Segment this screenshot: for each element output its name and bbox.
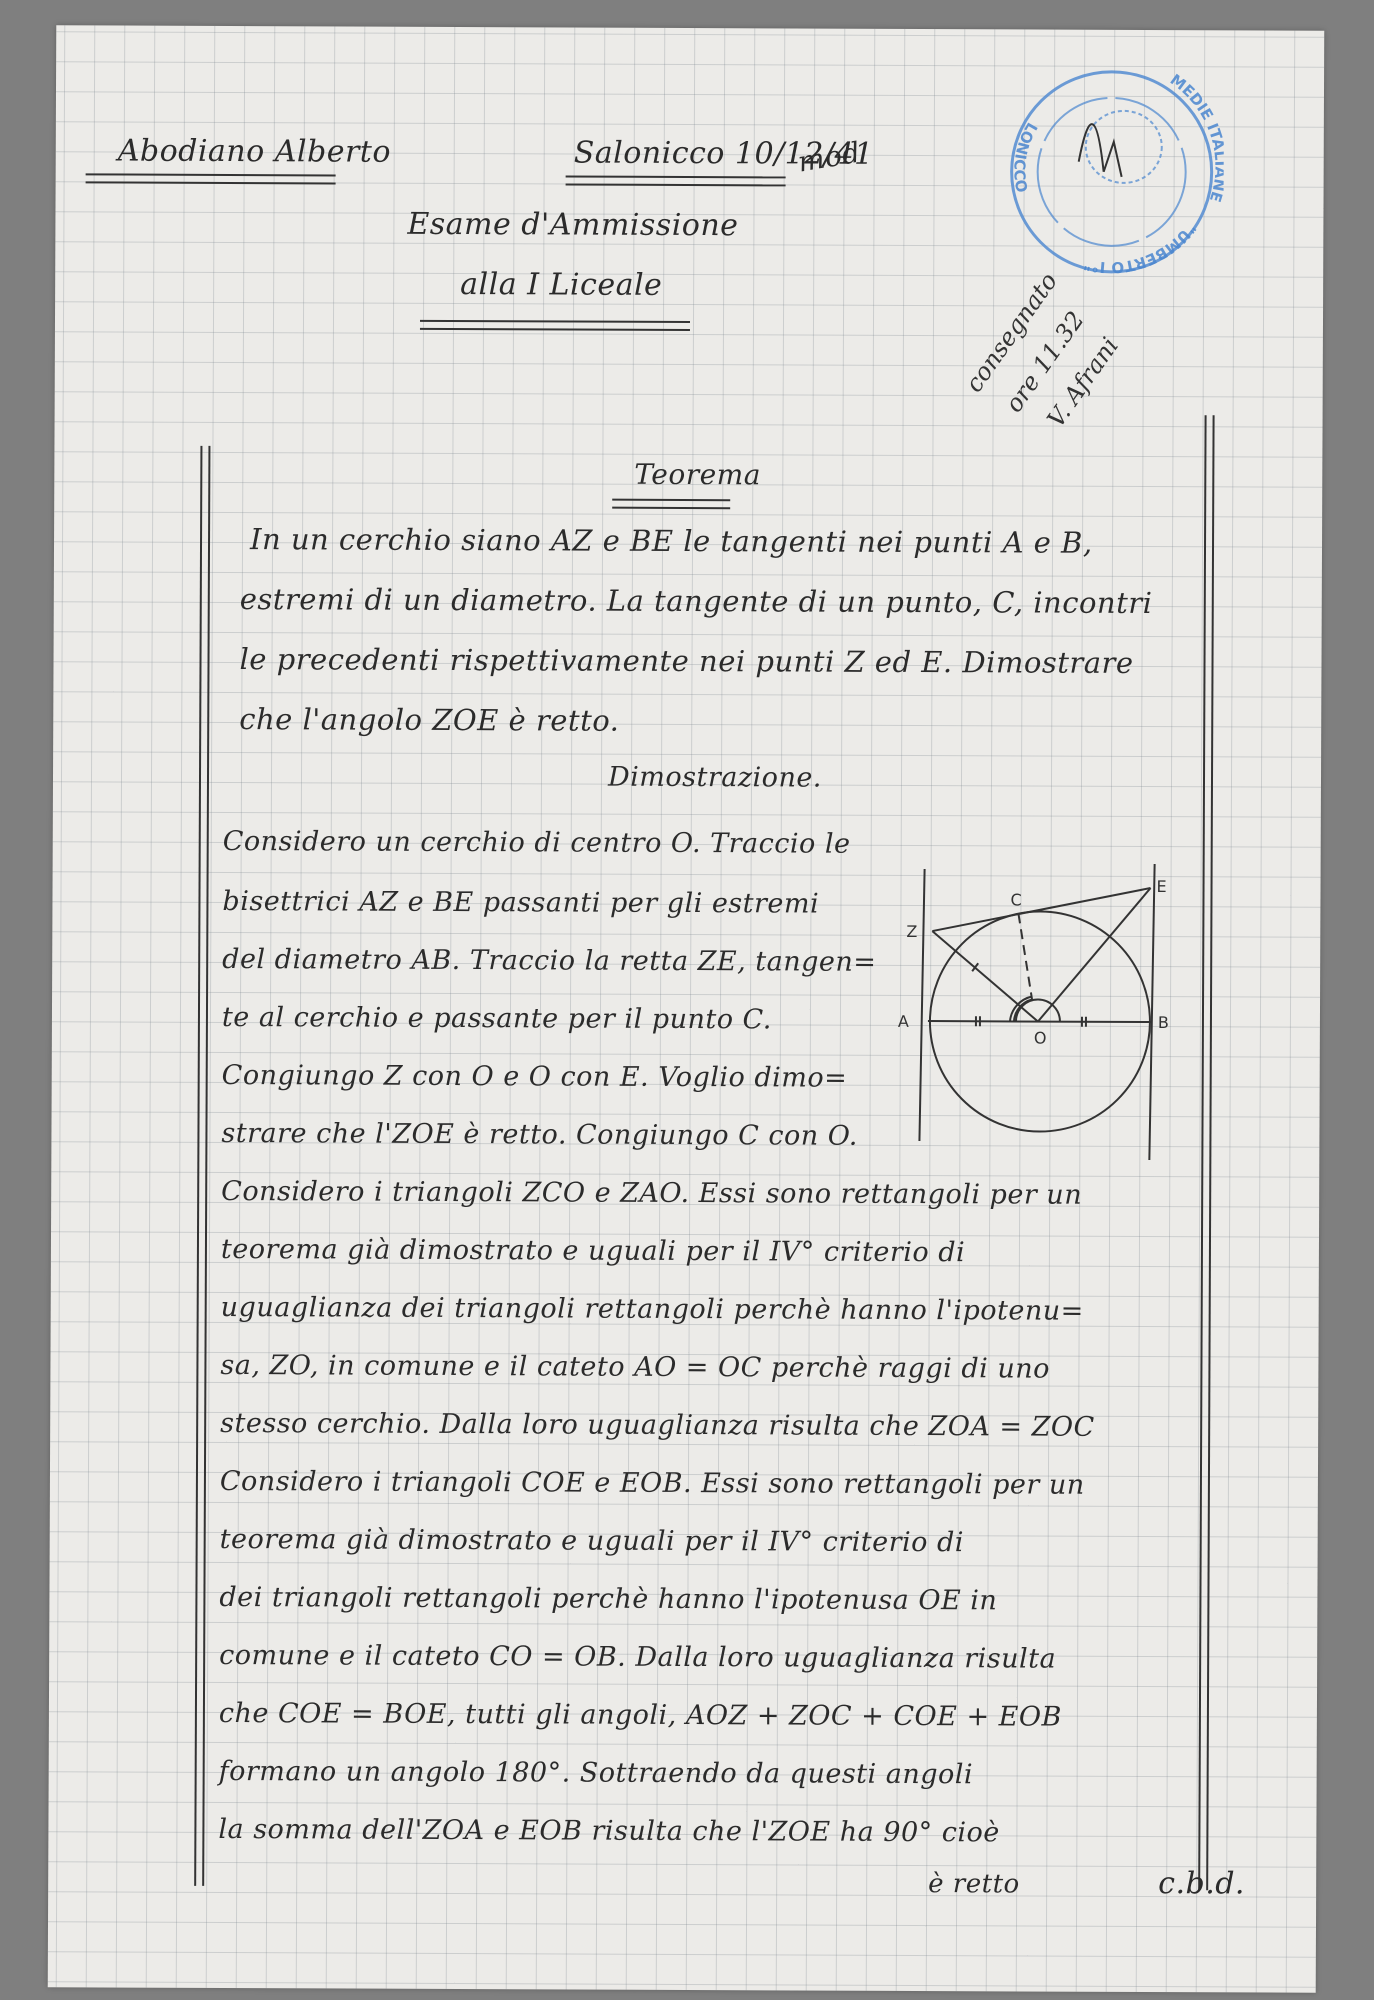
qed-mark: c.b.d. bbox=[1158, 1866, 1245, 1901]
frame-left-double-line bbox=[194, 446, 210, 1886]
svg-text:MEDIE ITALIANE: MEDIE ITALIANE bbox=[1166, 71, 1224, 205]
proof-line-5: Congiungo Z con O e O con E. Voglio dimo… bbox=[222, 1060, 848, 1094]
proof-line-13: teorema già dimostrato e uguali per il I… bbox=[220, 1524, 964, 1558]
svg-text:LONICCO: LONICCO bbox=[1010, 119, 1041, 194]
proof-line-17: formano un angolo 180°. Sottraendo da qu… bbox=[219, 1756, 974, 1790]
label-c: C bbox=[1010, 890, 1021, 909]
proof-line-1: Considero un cerchio di centro O. Tracci… bbox=[223, 826, 851, 860]
stamp-text-right: MEDIE ITALIANE bbox=[1166, 71, 1224, 205]
exam-title-line1: Esame d'Ammissione bbox=[407, 207, 738, 243]
theorem-line-2: estremi di un diametro. La tangente di u… bbox=[240, 582, 1153, 620]
school-stamp: LONICCO MEDIE ITALIANE "UMBERTO I°" bbox=[993, 61, 1224, 292]
proof-heading: Dimostrazione. bbox=[608, 762, 822, 794]
proof-line-10: sa, ZO, in comune e il cateto AO = OC pe… bbox=[220, 1350, 1050, 1385]
proof-line-3: del diametro AB. Traccio la retta ZE, ta… bbox=[222, 944, 876, 978]
proof-line-12: Considero i triangoli COE e EOB. Essi so… bbox=[220, 1466, 1085, 1501]
label-e: E bbox=[1156, 877, 1166, 896]
geometry-diagram: A B C O Z E bbox=[891, 841, 1222, 1162]
label-b: B bbox=[1158, 1013, 1169, 1032]
theorem-heading-underline bbox=[612, 499, 730, 510]
proof-line-15: comune e il cateto CO = OB. Dalla loro u… bbox=[219, 1640, 1056, 1675]
proof-line-18: la somma dell'ZOA e EOB risulta che l'ZO… bbox=[218, 1814, 999, 1848]
theorem-line-1: In un cerchio siano AZ e BE le tangenti … bbox=[250, 522, 1093, 560]
proof-closing: è retto bbox=[928, 1869, 1020, 1899]
proof-line-7: Considero i triangoli ZCO e ZAO. Essi so… bbox=[221, 1176, 1082, 1211]
title-underline bbox=[420, 320, 690, 331]
proof-line-6: strare che l'ZOE è retto. Congiungo C co… bbox=[221, 1118, 858, 1152]
label-a: A bbox=[898, 1012, 909, 1031]
student-name: Abodiano Alberto bbox=[118, 134, 391, 170]
theorem-line-4: che l'angolo ZOE è retto. bbox=[239, 702, 619, 738]
stamp-text-left: LONICCO bbox=[1010, 119, 1041, 194]
tangent-line-a bbox=[919, 869, 924, 1141]
theorem-heading: Teorema bbox=[634, 458, 761, 492]
proof-line-4: te al cerchio e passante per il punto C. bbox=[222, 1002, 772, 1035]
segment-zo bbox=[932, 931, 1038, 1021]
label-o: O bbox=[1034, 1029, 1047, 1048]
svg-text:"UMBERTO I°": "UMBERTO I°" bbox=[1082, 219, 1200, 277]
proof-line-16: che COE = BOE, tutti gli angoli, AOZ + Z… bbox=[219, 1698, 1062, 1733]
segment-co bbox=[1018, 913, 1032, 999]
exam-title-line2: alla I Liceale bbox=[460, 267, 662, 303]
date-underline bbox=[566, 175, 786, 186]
proof-line-9: uguaglianza dei triangoli rettangoli per… bbox=[221, 1292, 1084, 1327]
theorem-line-3: le precedenti rispettivamente nei punti … bbox=[239, 642, 1133, 680]
proof-line-2: bisettrici AZ e BE passanti per gli estr… bbox=[222, 886, 819, 920]
name-underline bbox=[86, 173, 336, 184]
proof-line-11: stesso cerchio. Dalla loro uguaglianza r… bbox=[220, 1408, 1095, 1443]
exam-paper-sheet: Abodiano Alberto Salonicco 10/12/41 mod … bbox=[48, 25, 1325, 1993]
proof-line-14: dei triangoli rettangoli perchè hanno l'… bbox=[219, 1582, 997, 1616]
stamp-text-bottom: "UMBERTO I°" bbox=[1082, 219, 1200, 277]
diameter-ab bbox=[928, 1021, 1152, 1022]
proof-line-8: teorema già dimostrato e uguali per il I… bbox=[221, 1234, 965, 1268]
label-z: Z bbox=[906, 922, 917, 941]
tangent-ze bbox=[932, 887, 1150, 932]
